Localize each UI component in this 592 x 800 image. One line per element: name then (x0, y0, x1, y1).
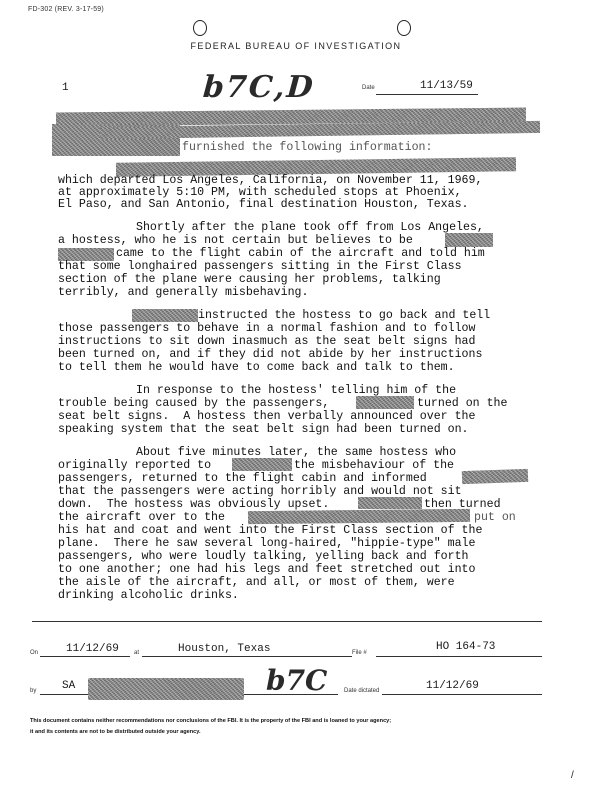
margin-mark: / (571, 770, 574, 781)
paragraph-1-line: that some longhaired passengers sitting … (58, 261, 462, 274)
redaction-block (445, 233, 493, 247)
paragraph-4-line: About five minutes later, the same hoste… (136, 447, 456, 460)
paragraph-2-line: instructed the hostess to go back and te… (198, 310, 490, 323)
paragraph-3-line: trouble being caused by the passengers, (58, 398, 329, 411)
redaction-block (462, 469, 528, 484)
by-label: by (30, 688, 36, 694)
footer-disclaimer-line: it and its contents are not to be distri… (30, 729, 201, 735)
paragraph-2-line: those passengers to behave in a normal f… (58, 323, 475, 336)
dictated-value: 11/12/69 (426, 680, 479, 692)
paragraph-3-line: turned on the (417, 398, 507, 411)
on-label: On (30, 650, 38, 656)
paragraph-4-line: his hat and coat and went into the First… (58, 525, 482, 538)
paragraph-4-line: originally reported to (58, 460, 211, 473)
paragraph-2-line: been turned on, and if they did not abid… (58, 349, 482, 362)
exemption-code-bottom: b7C (266, 664, 327, 697)
file-line (376, 656, 542, 657)
paragraph-4-line: the aisle of the aircraft, and all, or m… (58, 577, 455, 590)
paragraph-4-line: plane. There he saw several long-haired,… (58, 538, 475, 551)
paragraph-4-line: passengers, returned to the flight cabin… (58, 473, 427, 486)
paragraph-1-line: terribly, and generally misbehaving. (58, 287, 308, 300)
paragraph-1-line: section of the plane were causing her pr… (58, 274, 441, 287)
at-value: Houston, Texas (178, 643, 270, 655)
file-label: File # (352, 650, 367, 656)
redaction-block (248, 509, 470, 524)
date-line (376, 94, 478, 95)
date-value: 11/13/59 (420, 80, 473, 92)
paragraph-4-line: put on (474, 512, 516, 525)
file-value: HO 164-73 (436, 641, 495, 653)
dictated-label: Date dictated (344, 688, 379, 694)
paragraph-2-line: to tell them he would have to come back … (58, 362, 455, 375)
on-line (40, 656, 130, 657)
dictated-line (382, 694, 542, 695)
by-value: SA (62, 680, 75, 692)
agency-title: FEDERAL BUREAU OF INVESTIGATION (0, 41, 592, 51)
paragraph-4-line: the misbehaviour of the (294, 460, 454, 473)
redaction-block (132, 309, 198, 322)
at-line (142, 656, 352, 657)
paragraph-1-line: a hostess, who he is not certain but bel… (58, 235, 413, 248)
footer-disclaimer-line: This document contains neither recommend… (30, 718, 391, 724)
redaction-block (356, 396, 414, 409)
intro-line: furnished the following information: (182, 142, 432, 155)
paragraph-2-line: instructions to sit down inasmuch as the… (58, 336, 475, 349)
paragraph-1-line: came to the flight cabin of the aircraft… (116, 248, 485, 261)
paragraph-3-line: seat belt signs. A hostess then verbally… (58, 411, 475, 424)
divider (32, 621, 542, 622)
paragraph-4-line: passengers, who were loudly talking, yel… (58, 551, 469, 564)
at-label: at (134, 650, 139, 656)
exemption-code-top: b7C,D (202, 70, 316, 105)
punch-hole-right-icon (397, 20, 411, 36)
paragraph-1-line: Shortly after the plane took off from Lo… (136, 222, 484, 235)
paragraph-4-line: down. The hostess was obviously upset. (58, 499, 329, 512)
redaction-block (88, 678, 244, 700)
page-number: 1 (62, 82, 69, 94)
punch-hole-left-icon (193, 20, 207, 36)
date-label: Date (362, 85, 375, 91)
paragraph-4-line: to one another; one had his legs and fee… (58, 564, 475, 577)
paragraph-4-line: the aircraft over to the (58, 512, 225, 525)
intro-line: El Paso, and San Antonio, final destinat… (58, 199, 469, 212)
paragraph-3-line: speaking system that the seat belt sign … (58, 424, 469, 437)
form-number: FD-302 (REV. 3-17-59) (28, 6, 104, 13)
on-value: 11/12/69 (66, 643, 119, 655)
redaction-block (232, 458, 292, 471)
redaction-block (358, 497, 422, 509)
paragraph-4-line: drinking alcoholic drinks. (58, 590, 239, 603)
